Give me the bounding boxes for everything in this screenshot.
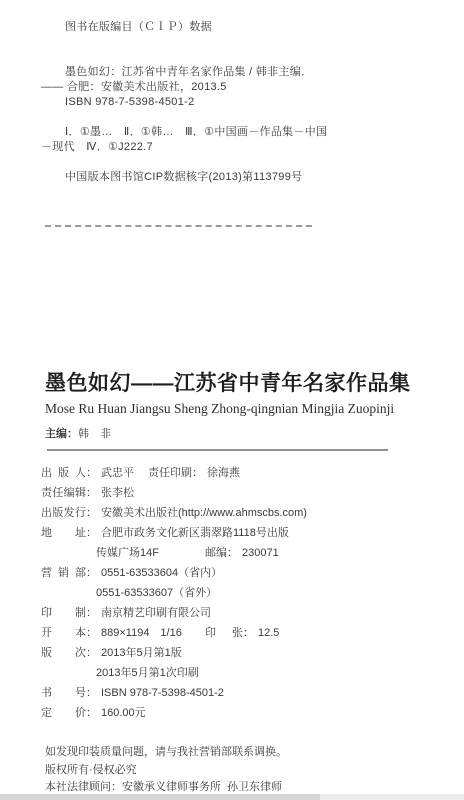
row-value: 南京精艺印刷有限公司 xyxy=(101,607,211,619)
cip-record-number: 中国版本图书馆CIP数据核字(2013)第113799号 xyxy=(41,170,440,185)
row-label-2: 邮编 xyxy=(205,547,227,559)
colon: ： xyxy=(86,647,97,659)
colon: ： xyxy=(86,687,97,699)
cip-classification-line-1: Ⅰ．①墨… Ⅱ．①韩… Ⅲ．①中国画－作品集－中国 xyxy=(41,125,440,140)
colophon-row-publisher: 出版人：武忠平 责任印刷：徐海燕 xyxy=(41,463,456,483)
page-edge-shadow-light xyxy=(320,794,464,800)
colophon-row-format: 开本：889×1194 1/16 印张：12.5 xyxy=(41,623,456,643)
row-label: 印制 xyxy=(41,603,86,623)
colon: ： xyxy=(86,487,97,499)
colon: ： xyxy=(243,627,254,639)
editor-label: 主编： xyxy=(45,428,78,440)
row-label-2: 印张 xyxy=(205,623,243,643)
row-label: 地址 xyxy=(41,523,86,543)
row-label: 营销部 xyxy=(41,563,86,583)
row-label-2: 责任印刷 xyxy=(148,467,192,479)
legal-counsel: 本社法律顾问：安徽承义律师事务所 xyxy=(45,781,221,793)
colon: ： xyxy=(192,467,203,479)
book-title-pinyin: Mose Ru Huan Jiangsu Sheng Zhong-qingnia… xyxy=(45,401,444,417)
colon: ： xyxy=(86,507,97,519)
row-value: 0551-63533604（省内） xyxy=(101,567,222,579)
row-value: 2013年5月第1版 xyxy=(101,647,182,659)
colophon-row-printer: 印制：南京精艺印刷有限公司 xyxy=(41,603,456,623)
spacer xyxy=(41,50,440,65)
copyright-notice: 版权所有·侵权必究 xyxy=(45,762,456,780)
row-value: ISBN 978-7-5398-4501-2 xyxy=(101,687,224,699)
cip-entry-line-2: —— 合肥：安徽美术出版社，2013.5 xyxy=(41,80,440,95)
row-label: 开本 xyxy=(41,623,86,643)
editor-name: 韩 非 xyxy=(78,428,111,440)
row-value: 传媒广场14F xyxy=(96,547,159,559)
colophon-page: 图书在版编目（ＣＩＰ）数据 墨色如幻：江苏省中青年名家作品集 / 韩非主编． —… xyxy=(0,0,464,800)
row-label: 版次 xyxy=(41,643,86,663)
row-second-pair: 印张：12.5 xyxy=(205,623,279,643)
row-value: 2013年5月第1次印刷 xyxy=(96,667,199,679)
page-edge-shadow xyxy=(0,794,320,800)
colophon-row-edition: 版次：2013年5月第1版 xyxy=(41,643,456,663)
row-label: 出版人 xyxy=(41,463,86,483)
row-value-2: 12.5 xyxy=(258,627,279,639)
colon: ： xyxy=(86,467,97,479)
colon: ： xyxy=(86,627,97,639)
colon: ： xyxy=(86,707,97,719)
row-value: 张李松 xyxy=(101,487,134,499)
row-second-pair: 邮编：230071 xyxy=(205,543,279,563)
row-label: 责任编辑 xyxy=(41,483,86,503)
row-label: 出版发行 xyxy=(41,503,86,523)
spacer xyxy=(41,155,440,170)
book-title: 墨色如幻——江苏省中青年名家作品集 xyxy=(45,371,444,396)
editor-line: 主编：韩 非 xyxy=(45,427,444,441)
colophon-row-editor-in-charge: 责任编辑：张李松 xyxy=(41,483,456,503)
spacer xyxy=(41,35,440,50)
row-value: 安徽美术出版社(http://www.ahmscbs.com) xyxy=(101,507,307,519)
colophon-row-publishing-house: 出版发行：安徽美术出版社(http://www.ahmscbs.com) xyxy=(41,503,456,523)
row-value: 合肥市政务文化新区翡翠路1118号出版 xyxy=(101,527,289,539)
row-label: 书号 xyxy=(41,683,86,703)
row-second-pair: 责任印刷：徐海燕 xyxy=(148,463,240,483)
solid-divider xyxy=(47,449,388,451)
row-value: 0551-63533607（省外） xyxy=(96,587,217,599)
colon: ： xyxy=(86,567,97,579)
spacer xyxy=(41,110,440,125)
cip-block: 图书在版编目（ＣＩＰ）数据 墨色如幻：江苏省中青年名家作品集 / 韩非主编． —… xyxy=(41,20,440,185)
footer-notices: 如发现印装质量问题，请与我社营销部联系调换。 版权所有·侵权必究 本社法律顾问：… xyxy=(45,744,456,797)
title-block: 墨色如幻——江苏省中青年名家作品集 Mose Ru Huan Jiangsu S… xyxy=(45,371,444,441)
row-value: 889×1194 1/16 xyxy=(101,627,182,639)
colophon-row-edition-cont: 2013年5月第1次印刷 xyxy=(41,663,456,683)
cip-classification-line-2: －现代 Ⅳ．①J222.7 xyxy=(41,140,440,155)
cip-entry-line-1: 墨色如幻：江苏省中青年名家作品集 / 韩非主编． xyxy=(41,65,440,80)
quality-notice: 如发现印装质量问题，请与我社营销部联系调换。 xyxy=(45,744,456,762)
colophon-row-price: 定价：160.00元 xyxy=(41,703,456,723)
row-value-2: 徐海燕 xyxy=(207,467,240,479)
colophon-details: 出版人：武忠平 责任印刷：徐海燕 责任编辑：张李松 出版发行：安徽美术出版社(h… xyxy=(41,463,456,723)
row-value: 武忠平 xyxy=(101,467,134,479)
colophon-row-address: 地址：合肥市政务文化新区翡翠路1118号出版 xyxy=(41,523,456,543)
colophon-row-marketing-cont: 0551-63533607（省外） xyxy=(41,583,456,603)
colophon-row-isbn: 书号：ISBN 978-7-5398-4501-2 xyxy=(41,683,456,703)
row-value: 160.00元 xyxy=(101,707,146,719)
cip-isbn: ISBN 978-7-5398-4501-2 xyxy=(41,95,440,110)
colon: ： xyxy=(86,527,97,539)
colophon-row-marketing: 营销部：0551-63533604（省内） xyxy=(41,563,456,583)
row-value-2: 230071 xyxy=(242,547,279,559)
colon: ： xyxy=(227,547,238,559)
dashed-divider xyxy=(45,225,312,227)
cip-header: 图书在版编目（ＣＩＰ）数据 xyxy=(41,20,440,35)
colon: ： xyxy=(86,607,97,619)
row-label: 定价 xyxy=(41,703,86,723)
colophon-row-address-cont: 传媒广场14F 邮编：230071 xyxy=(41,543,456,563)
